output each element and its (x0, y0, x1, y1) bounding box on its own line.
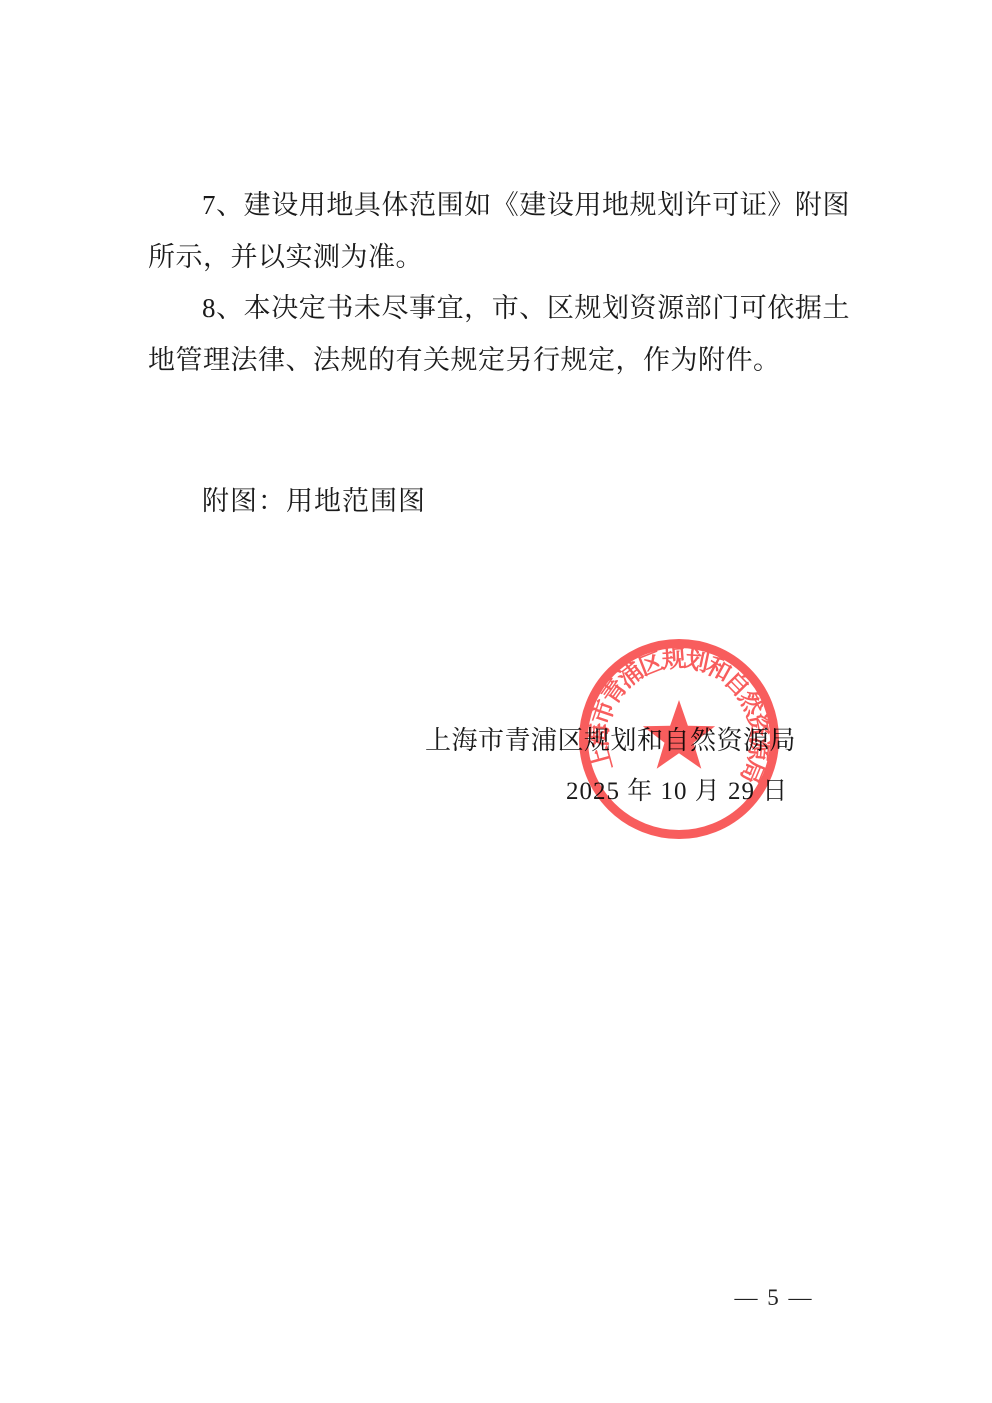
body-paragraph-7: 7、建设用地具体范围如《建设用地规划许可证》附图所示，并以实测为准。 (148, 180, 850, 283)
body-text-block: 7、建设用地具体范围如《建设用地规划许可证》附图所示，并以实测为准。 8、本决定… (148, 180, 850, 386)
signature-date: 2025 年 10 月 29 日 (566, 774, 788, 810)
body-paragraph-8: 8、本决定书未尽事宜，市、区规划资源部门可依据土地管理法律、法规的有关规定另行规… (148, 283, 850, 386)
page-number: — 5 — (714, 1281, 834, 1315)
document-page: 7、建设用地具体范围如《建设用地规划许可证》附图所示，并以实测为准。 8、本决定… (0, 0, 992, 1403)
signature-agency: 上海市青浦区规划和自然资源局 (425, 722, 796, 760)
seal-text: 上海市青浦区规划和自然资源局 (586, 645, 774, 787)
attachment-note: 附图：用地范围图 (148, 481, 850, 521)
